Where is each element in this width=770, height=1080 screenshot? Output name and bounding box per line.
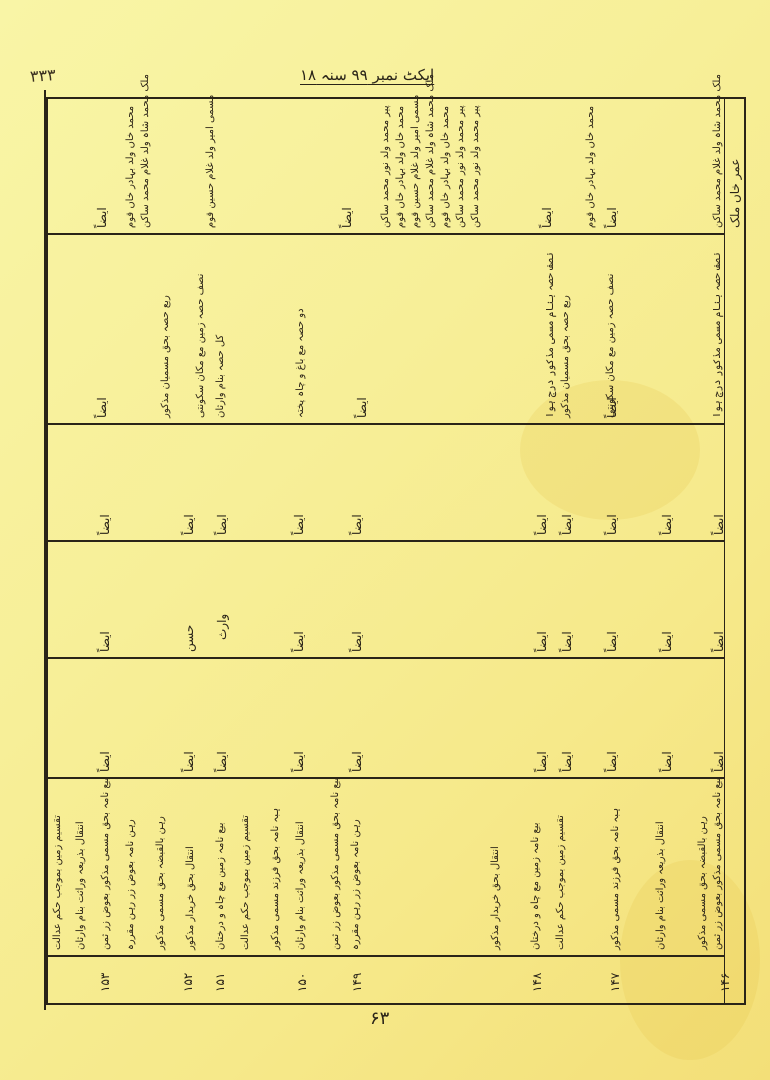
table-cell: ربع حصہ بحق مسمیان مذکور [160,295,171,418]
ditto-mark: ایضاً [215,514,229,535]
row-number: ۱۴۶ [718,973,732,992]
ditto-mark: ایضاً [605,397,619,418]
table-cell: بیع نامہ زمین مع چاہ و درختان [215,822,226,950]
ditto-mark: ایضاً [355,397,369,418]
table-cell: محمد خاں ولد بہادر خاں قوم [585,106,596,228]
column-divider [46,777,724,779]
ditto-mark: ایضاً [712,751,726,772]
table-cell: محمد خاں ولد بہادر خاں قوم [395,106,406,228]
ditto-mark: ایضاً [98,514,112,535]
row-number-divider [46,955,724,957]
ditto-mark: ایضاً [292,751,306,772]
ditto-mark: ایضاً [605,751,619,772]
table-cell: انتقال بذریعہ وراثت بنام وارثان [75,821,86,950]
table-cell: نصف حصہ بنام مسمی مذکور درج ہوا [545,252,556,418]
table-cell: رہن بالقبضہ بحق مسمی مذکور [155,816,166,950]
table-cell: کل حصہ بنام وارثان [215,335,226,418]
table-cell: مسمی امیر ولد غلام حسین قوم [410,95,421,228]
page-marker: ۳۳۳ [29,65,56,86]
table-cell: بیع نامہ زمین مع چاہ و درختان [530,822,541,950]
ditto-mark: ایضاً [95,397,109,418]
column-head: عمر خاں ملک [728,159,742,228]
ditto-mark: ایضاً [540,207,554,228]
table-cell: رہن بالقبضہ بحق مسمی مذکور [697,816,708,950]
ditto-mark: ایضاً [605,207,619,228]
table-cell: پیر محمد ولد نور محمد ساکن [470,105,481,228]
table-cell: پیر محمد ولد نور محمد ساکن [455,105,466,228]
table-cell: رہن نامہ بعوض زر رہن مقررہ [350,819,361,950]
row-number: ۱۵۲ [181,973,195,992]
table-cell: ملک محمد شاہ ولد غلام محمد ساکن [425,74,436,228]
table-cell: بیع نامہ بحق مسمی مذکور بعوض زر ثمن [100,778,111,950]
ditto-mark: ایضاً [350,751,364,772]
ditto-mark: ایضاً [712,514,726,535]
ditto-mark: ایضاً [560,631,574,652]
table-left-rule [44,90,46,1010]
row-number: ۱۴۸ [530,973,544,992]
row-number: ۱۵۱ [213,973,227,992]
row-number: ۱۴۷ [608,973,622,992]
ditto-mark: ایضاً [215,751,229,772]
table-cell: انتقال بحق خریدار مذکور [490,846,501,950]
table-cell: ربع حصہ بحق مسمیان مذکور [560,295,571,418]
ditto-mark: ایضاً [535,751,549,772]
table-cell: ہبہ نامہ بحق فرزند مسمی مذکور [270,808,281,950]
row-number: ۱۵۰ [295,973,309,992]
ditto-mark: ایضاً [605,631,619,652]
table-cell: محمد خاں ولد بہادر خاں قوم [440,106,451,228]
page-title: ایکٹ نمبر ۹۹ سنہ ۱۸ [300,66,434,84]
column-divider [46,423,724,425]
table-cell: ہبہ نامہ بحق فرزند مسمی مذکور [610,808,621,950]
column-divider [46,540,724,542]
ditto-mark: ایضاً [660,631,674,652]
table-cell: محمد خاں ولد بہادر خاں قوم [125,106,136,228]
table-cell: مسمی امیر ولد غلام حسین قوم [205,95,216,228]
table-cell: ملک محمد شاہ ولد غلام محمد ساکن [712,74,723,228]
table-cell: انتقال بذریعہ وراثت بنام وارثان [655,821,666,950]
table-cell: پیر محمد ولد نور محمد ساکن [380,105,391,228]
page-number: ۶۳ [370,1008,389,1029]
row-number: ۱۴۹ [350,973,364,992]
ditto-mark: ایضاً [560,751,574,772]
column-divider [46,233,724,235]
table-cell: بیع نامہ بحق مسمی مذکور بعوض زر ثمن [330,778,341,950]
table-cell: نصف حصہ بنام مسمی مذکور درج ہوا [712,252,723,418]
ditto-mark: ایضاً [712,631,726,652]
ditto-mark: ایضاً [535,631,549,652]
ditto-mark: ایضاً [660,751,674,772]
table-cell: نصف حصہ زمین مع مکان سکونتی [195,274,206,418]
table-cell: بیع نامہ بحق مسمی مذکور بعوض زر ثمن [712,778,723,950]
table-right-inner-rule [724,97,725,1005]
table-cell: تقسیم زمین بموجب حکم عدالت [52,815,63,950]
table-cell: تقسیم زمین بموجب حکم عدالت [240,815,251,950]
table-cell: انتقال بذریعہ وراثت بنام وارثان [295,821,306,950]
table-cell: رہن نامہ بعوض زر رہن مقررہ [125,819,136,950]
table-cell: تقسیم زمین بموجب حکم عدالت [555,815,566,950]
ditto-mark: ایضاً [660,514,674,535]
ditto-mark: ایضاً [340,207,354,228]
ditto-mark: ایضاً [292,514,306,535]
table-cell: دو حصہ مع باغ و چاہ پختہ [295,308,306,418]
heir-label: وارث [215,614,229,640]
ditto-mark: ایضاً [605,514,619,535]
ditto-mark: ایضاً [350,631,364,652]
ditto-mark: ایضاً [182,514,196,535]
row-number: ۱۵۳ [98,973,112,992]
table-cell: ملک محمد شاہ ولد غلام محمد ساکن [140,74,151,228]
ditto-mark: ایضاً [98,751,112,772]
table-cell: انتقال بحق خریدار مذکور [185,846,196,950]
name-label: حسن [182,625,196,652]
ditto-mark: ایضاً [182,751,196,772]
ditto-mark: ایضاً [535,514,549,535]
ditto-mark: ایضاً [350,514,364,535]
ditto-mark: ایضاً [98,631,112,652]
ditto-mark: ایضاً [560,514,574,535]
ditto-mark: ایضاً [292,631,306,652]
column-divider [46,657,724,659]
ditto-mark: ایضاً [95,207,109,228]
